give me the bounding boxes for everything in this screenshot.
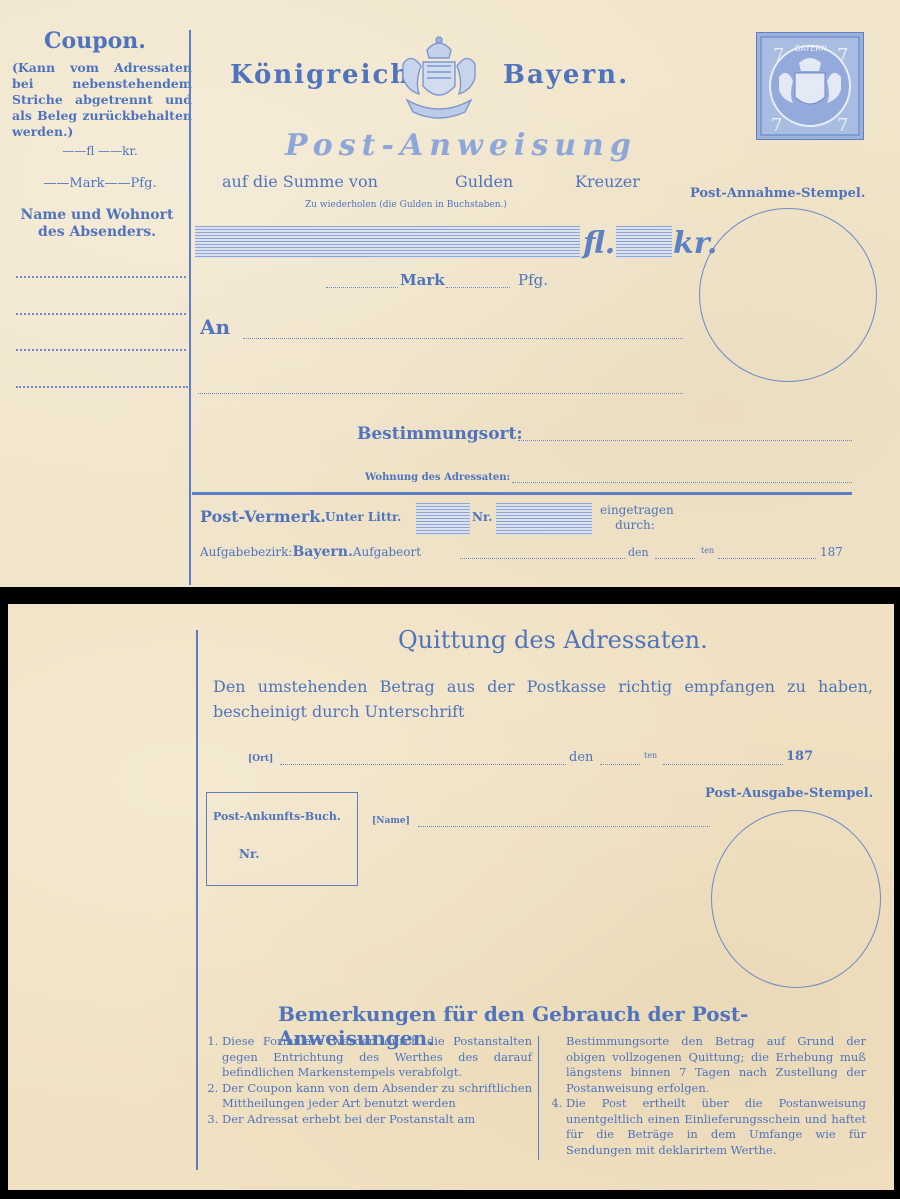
sender-line-2[interactable] (16, 313, 186, 315)
back-day-field[interactable] (600, 764, 640, 765)
remark-item: Die Post ertheilt über die Postanweisung… (566, 1096, 866, 1158)
remark-item: Diese Formulare werden durch die Postans… (222, 1034, 532, 1081)
dispatch-place-field[interactable] (460, 558, 625, 559)
postal-order-front: Coupon. (Kann vom Adressaten bei nebenst… (0, 0, 900, 587)
dispatch-place-label: Aufgabeort (353, 545, 421, 559)
destination-field[interactable] (518, 440, 852, 441)
amount-words-field[interactable] (195, 226, 580, 258)
delivery-stamp-label: Post-Ausgabe-Stempel. (705, 786, 873, 801)
remarks-right-column: Bestimmungsorte den Betrag auf Grund der… (548, 1034, 866, 1158)
mark-field[interactable] (326, 287, 398, 288)
date-month-field[interactable] (718, 558, 816, 559)
date-day-field[interactable] (655, 558, 695, 559)
coupon-gulden-kreuzer-field[interactable]: ——fl ——kr. (20, 144, 180, 158)
sum-line-prefix: auf die Summe von (222, 172, 378, 191)
back-year: 187 (786, 749, 813, 764)
svg-text:7: 7 (837, 115, 848, 136)
back-ten-label: ten (644, 751, 657, 760)
postal-order-back: Quittung des Adressaten. Den umstehenden… (8, 604, 894, 1190)
document-title: Post-Anweisung (285, 128, 637, 163)
recipient-field-2[interactable] (198, 393, 683, 394)
svg-text:7: 7 (771, 115, 782, 136)
back-month-field[interactable] (663, 764, 783, 765)
recipient-field[interactable] (243, 338, 683, 339)
coupon-mark-pfennig-field[interactable]: ——Mark——Pfg. (20, 176, 180, 191)
amount-kreuzer-field[interactable] (616, 226, 672, 258)
post-note-title: Post-Vermerk. (200, 507, 326, 526)
crest-icon (393, 34, 485, 122)
sum-line-gulden: Gulden (455, 172, 513, 191)
sender-line-4[interactable] (16, 386, 188, 388)
delivery-stamp-circle (711, 810, 881, 988)
arrival-book-title: Post-Ankunfts-Buch. (213, 810, 341, 823)
receipt-title: Quittung des Adressaten. (398, 626, 708, 654)
dispatch-district-value: Bayern. (292, 544, 352, 560)
acceptance-stamp-circle (699, 208, 877, 382)
remark-continuation: Bestimmungsorte den Betrag auf Grund der… (548, 1034, 866, 1096)
sender-label: Name und Wohnort des Absenders. (12, 207, 182, 241)
back-margin-line (196, 630, 198, 1170)
post-note-unter-littr: Unter Littr. (325, 510, 401, 524)
remark-item: Der Adressat erhebt bei der Postanstalt … (222, 1112, 532, 1128)
sum-line-kreuzer: Kreuzer (575, 172, 640, 191)
acceptance-stamp-label: Post-Annahme-Stempel. (690, 186, 865, 201)
svg-text:BAYERN: BAYERN (795, 44, 827, 53)
remarks-left-column: Diese Formulare werden durch die Postans… (204, 1034, 532, 1127)
place-field[interactable] (280, 764, 566, 765)
remarks-column-divider (538, 1036, 539, 1160)
residence-label: Wohnung des Adressaten: (365, 472, 510, 483)
dispatch-district-label: Aufgabebezirk:Bayern.Aufgabeort (200, 544, 421, 560)
kingdom-right: Bayern. (503, 60, 629, 90)
svg-text:7: 7 (773, 45, 784, 66)
coupon-note: (Kann vom Adressaten bei nebenstehendem … (12, 60, 192, 140)
destination-label: Bestimmungsort: (357, 424, 523, 444)
kingdom-left: Königreich (230, 60, 411, 90)
repeat-note: Zu wiederholen (die Gulden in Buchstaben… (305, 200, 507, 210)
sender-line-1[interactable] (16, 276, 186, 278)
coupon-tear-line (189, 30, 191, 585)
section-divider (192, 492, 852, 495)
name-field[interactable] (418, 826, 710, 827)
pfennig-field[interactable] (446, 287, 510, 288)
arrival-book-nr: Nr. (239, 847, 259, 861)
post-note-nr: Nr. (472, 510, 492, 524)
registered-by-label: eingetragen durch: (600, 503, 670, 533)
recipient-label: An (200, 315, 230, 339)
date-year: 187 (820, 545, 843, 559)
mark-label: Mark (400, 271, 445, 289)
littr-field[interactable] (416, 503, 470, 535)
remark-item: Der Coupon kann von dem Absender zu schr… (222, 1081, 532, 1112)
place-label: [Ort] (248, 754, 273, 764)
sender-line-3[interactable] (16, 349, 186, 351)
dispatch-district-label-text: Aufgabebezirk: (200, 545, 292, 559)
back-den-label: den (569, 750, 593, 765)
arrival-book-box: Post-Ankunfts-Buch. Nr. (206, 792, 358, 886)
date-den-label: den (628, 546, 649, 559)
gulden-symbol: fl. (583, 226, 615, 261)
name-label: [Name] (372, 816, 410, 826)
coupon-title: Coupon. (40, 28, 150, 54)
svg-text:7: 7 (837, 45, 848, 66)
pfennig-label: Pfg. (518, 271, 548, 289)
nr-field[interactable] (496, 503, 592, 535)
postage-stamp-icon: 7 7 7 7 BAYERN (756, 32, 864, 140)
residence-field[interactable] (512, 482, 852, 483)
receipt-text: Den umstehenden Betrag aus der Postkasse… (213, 674, 873, 724)
date-ten-label: ten (701, 546, 714, 555)
